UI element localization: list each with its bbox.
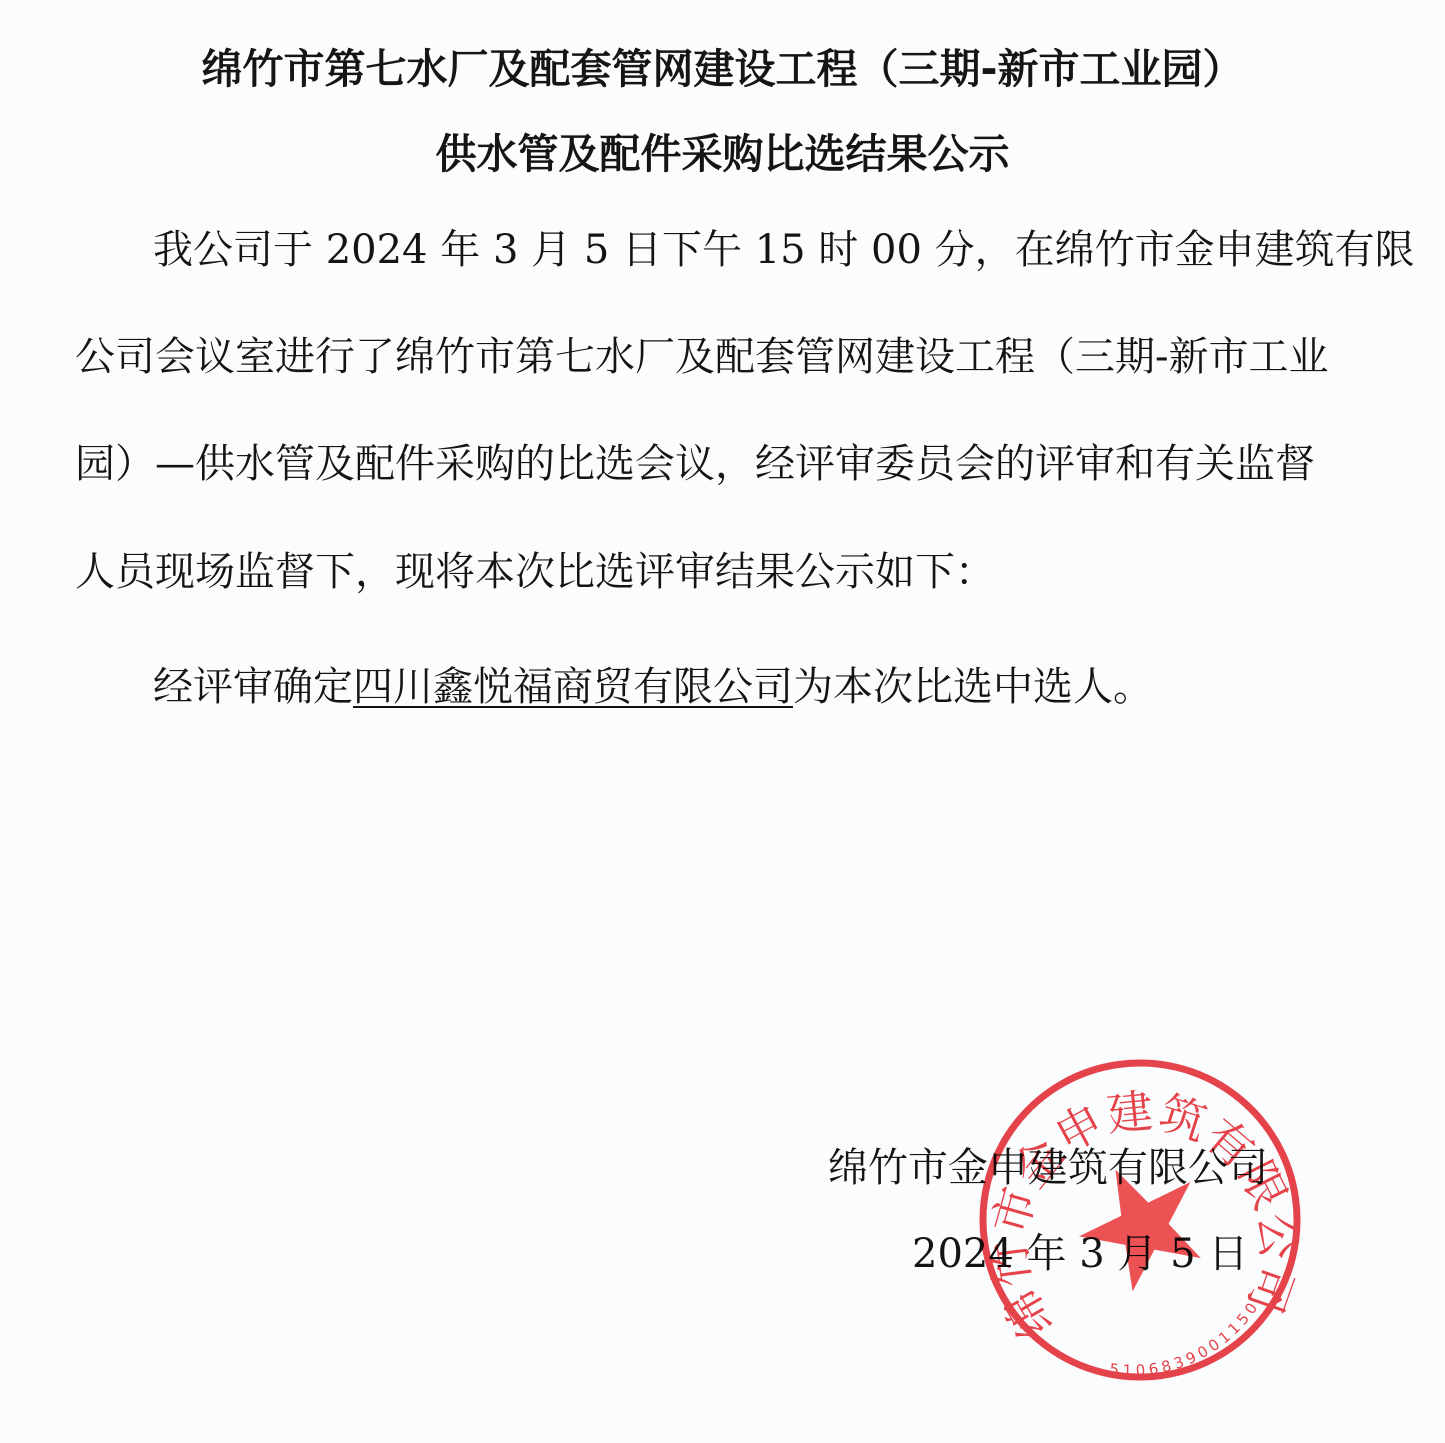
signature-date: 2024 年 3 月 5 日 — [912, 1230, 1248, 1278]
paragraph-result: 经评审确定四川鑫悦福商贸有限公司为本次比选中选人。 — [153, 663, 1153, 711]
seal-code-text: 5106839001150 — [1100, 1294, 1271, 1384]
seal-company-text: 绵竹市金申建筑有限公司 — [970, 1063, 1310, 1363]
signature-company: 绵竹市金申建筑有限公司 — [828, 1144, 1268, 1192]
result-prefix: 经评审确定 — [153, 664, 353, 710]
result-suffix: 为本次比选中选人。 — [793, 664, 1153, 710]
paragraph-line: 人员现场监督下，现将本次比选评审结果公示如下： — [75, 548, 995, 596]
announcement-page: 绵竹市第七水厂及配套管网建设工程（三期-新市工业园） 供水管及配件采购比选结果公… — [0, 0, 1445, 1443]
company-seal: 绵竹市金申建筑有限公司 5106839001150 — [970, 1050, 1310, 1390]
document-title-line-2: 供水管及配件采购比选结果公示 — [0, 130, 1445, 178]
document-title-line-1: 绵竹市第七水厂及配套管网建设工程（三期-新市工业园） — [0, 45, 1445, 93]
paragraph-line: 我公司于 2024 年 3 月 5 日下午 15 时 00 分，在绵竹市金申建筑… — [153, 226, 1415, 274]
paragraph-line: 园）—供水管及配件采购的比选会议，经评审委员会的评审和有关监督 — [75, 440, 1315, 488]
winning-bidder: 四川鑫悦福商贸有限公司 — [353, 664, 793, 710]
seal-ring — [970, 1050, 1310, 1390]
paragraph-line: 公司会议室进行了绵竹市第七水厂及配套管网建设工程（三期-新市工业 — [75, 333, 1329, 381]
